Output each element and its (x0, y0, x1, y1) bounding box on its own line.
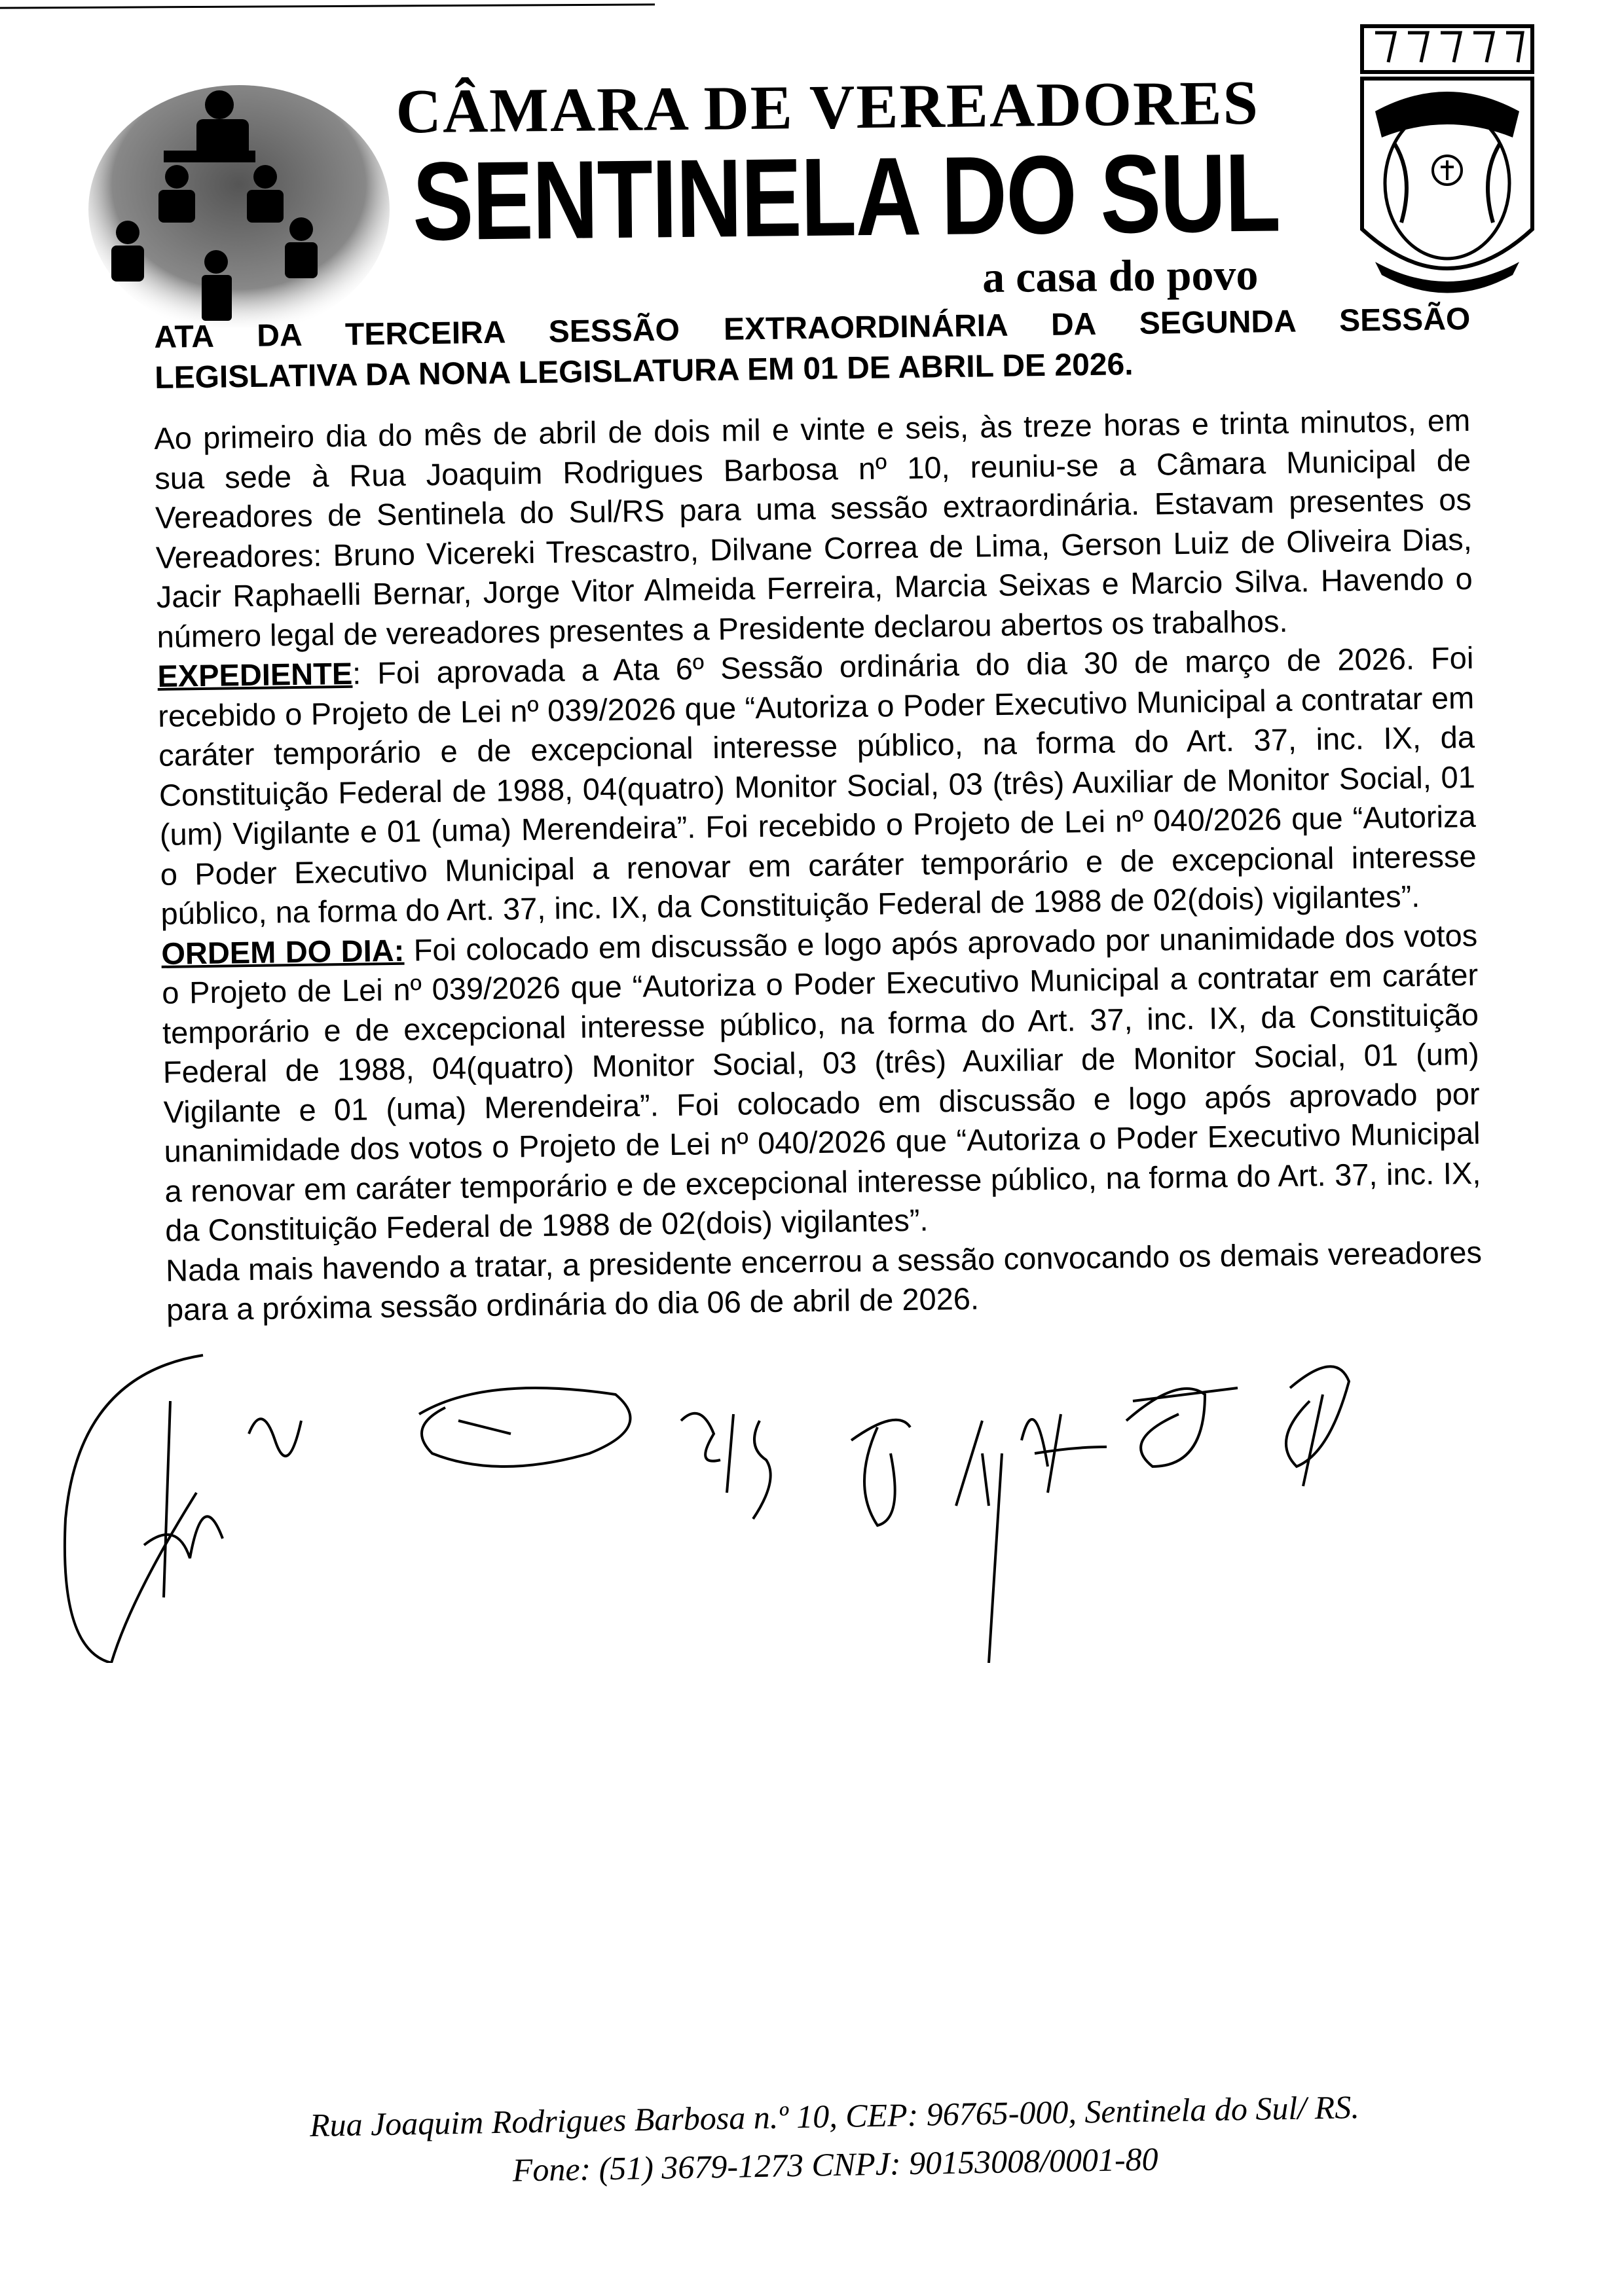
handwritten-signatures-icon (26, 1322, 1434, 1663)
opening-paragraph: Ao primeiro dia do mês de abril de dois … (154, 401, 1473, 657)
letterhead-footer: Rua Joaquim Rodrigues Barbosa n.º 10, CE… (196, 2081, 1474, 2200)
expediente-text: : Foi aprovada a Ata 6º Sessão ordinária… (158, 640, 1477, 931)
minutes-body: Ao primeiro dia do mês de abril de dois … (154, 401, 1483, 1330)
chamber-letterhead: CÂMARA DE VEREADORES SENTINELA DO SUL a … (424, 67, 1311, 309)
ordem-do-dia-label: ORDEM DO DIA: (161, 932, 405, 970)
ordem-do-dia-paragraph: ORDEM DO DIA: Foi colocado em discussão … (161, 915, 1482, 1250)
expediente-paragraph: EXPEDIENTE: Foi aprovada a Ata 6º Sessão… (157, 638, 1477, 934)
scan-edge-line (0, 3, 655, 9)
municipal-coat-of-arms-icon (1349, 13, 1545, 308)
municipality-name: SENTINELA DO SUL (412, 138, 1149, 257)
expediente-label: EXPEDIENTE (157, 656, 352, 693)
